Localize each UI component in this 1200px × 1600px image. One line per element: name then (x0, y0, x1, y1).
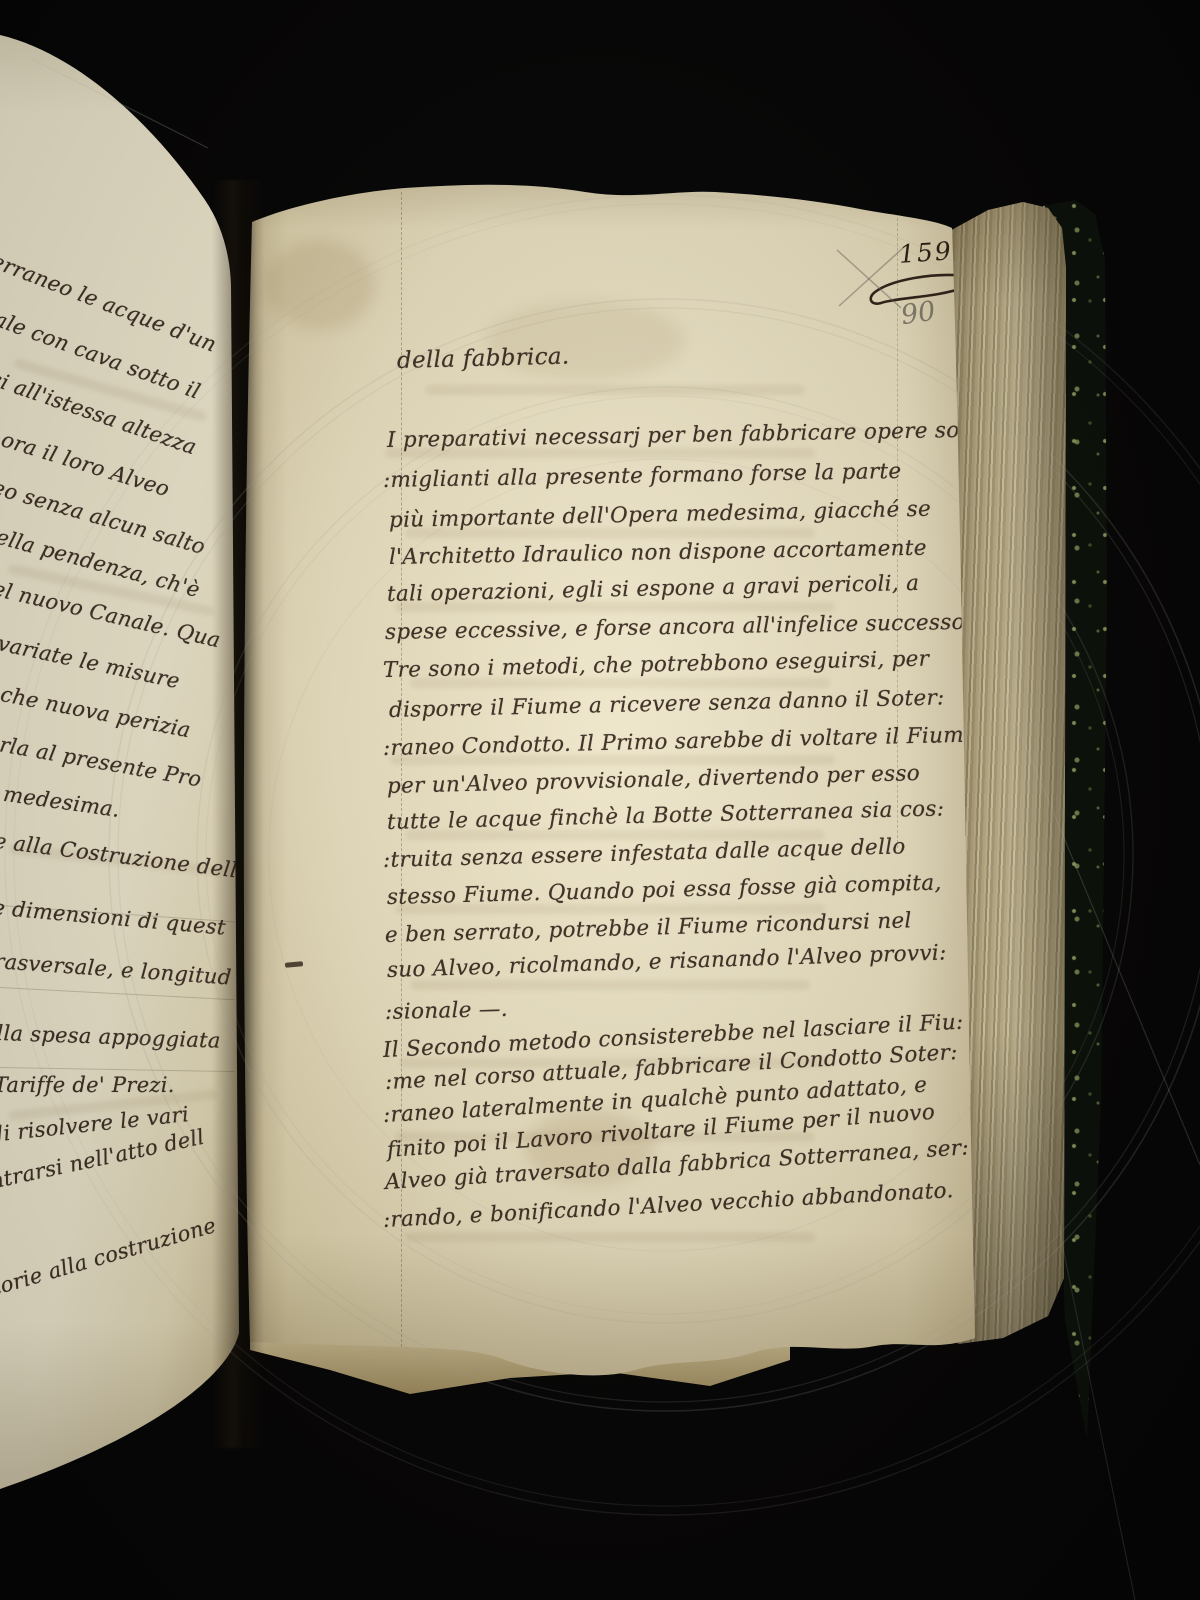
paper-stain (265, 240, 375, 330)
ink-bleed-through (425, 385, 805, 395)
left-page-line: ratorie alla costruzione (0, 1213, 219, 1306)
manuscript-line: :truita senza essere infestata dalle acq… (383, 834, 906, 873)
right-page: 159 90 della fabbrica. I preparativi nec… (235, 180, 980, 1405)
pencil-rule-line (0, 1067, 235, 1072)
manuscript-line: suo Alveo, ricolmando, e risanando l'Alv… (387, 940, 947, 983)
left-page-line: orie alla Costruzione dell (0, 825, 239, 882)
manuscript-line: :miglianti alla presente formano forse l… (383, 459, 902, 493)
manuscript-line: :sionale —. (385, 997, 508, 1025)
manuscript-heading: della fabbrica. (397, 343, 570, 374)
left-page: otterraneo le acque d'un anale con cava … (0, 25, 246, 1500)
left-page-line: e Tariffe de' Prezi. (0, 1073, 175, 1097)
left-page-line: e le dimensioni di quest (0, 893, 227, 940)
pencil-cross-mark (831, 240, 911, 318)
ink-bleed-through (410, 980, 810, 990)
manuscript-line: I preparativi necessarj per ben fabbrica… (387, 418, 978, 453)
manuscript-line: e ben serrato, potrebbe il Fiume ricondu… (385, 908, 912, 948)
book-photograph: otterraneo le acque d'un anale con cava … (0, 0, 1200, 1600)
margin-ink-mark (285, 961, 303, 968)
ink-bleed-through (405, 1232, 815, 1242)
manuscript-line: per un'Alveo provvisionale, divertendo p… (387, 761, 921, 799)
manuscript-line: l'Architetto Idraulico non dispone accor… (389, 536, 927, 570)
left-page-line: lla medesima. (0, 777, 122, 822)
manuscript-line: spese eccessive, e forse ancora all'infe… (385, 610, 972, 645)
manuscript-line: disporre il Fiume a ricevere senza danno… (389, 685, 945, 723)
left-page-line: e trasversale, e longitud (0, 947, 232, 990)
left-page-line: della spesa appoggiata (0, 1020, 221, 1053)
pencil-rule-line (0, 987, 235, 1000)
